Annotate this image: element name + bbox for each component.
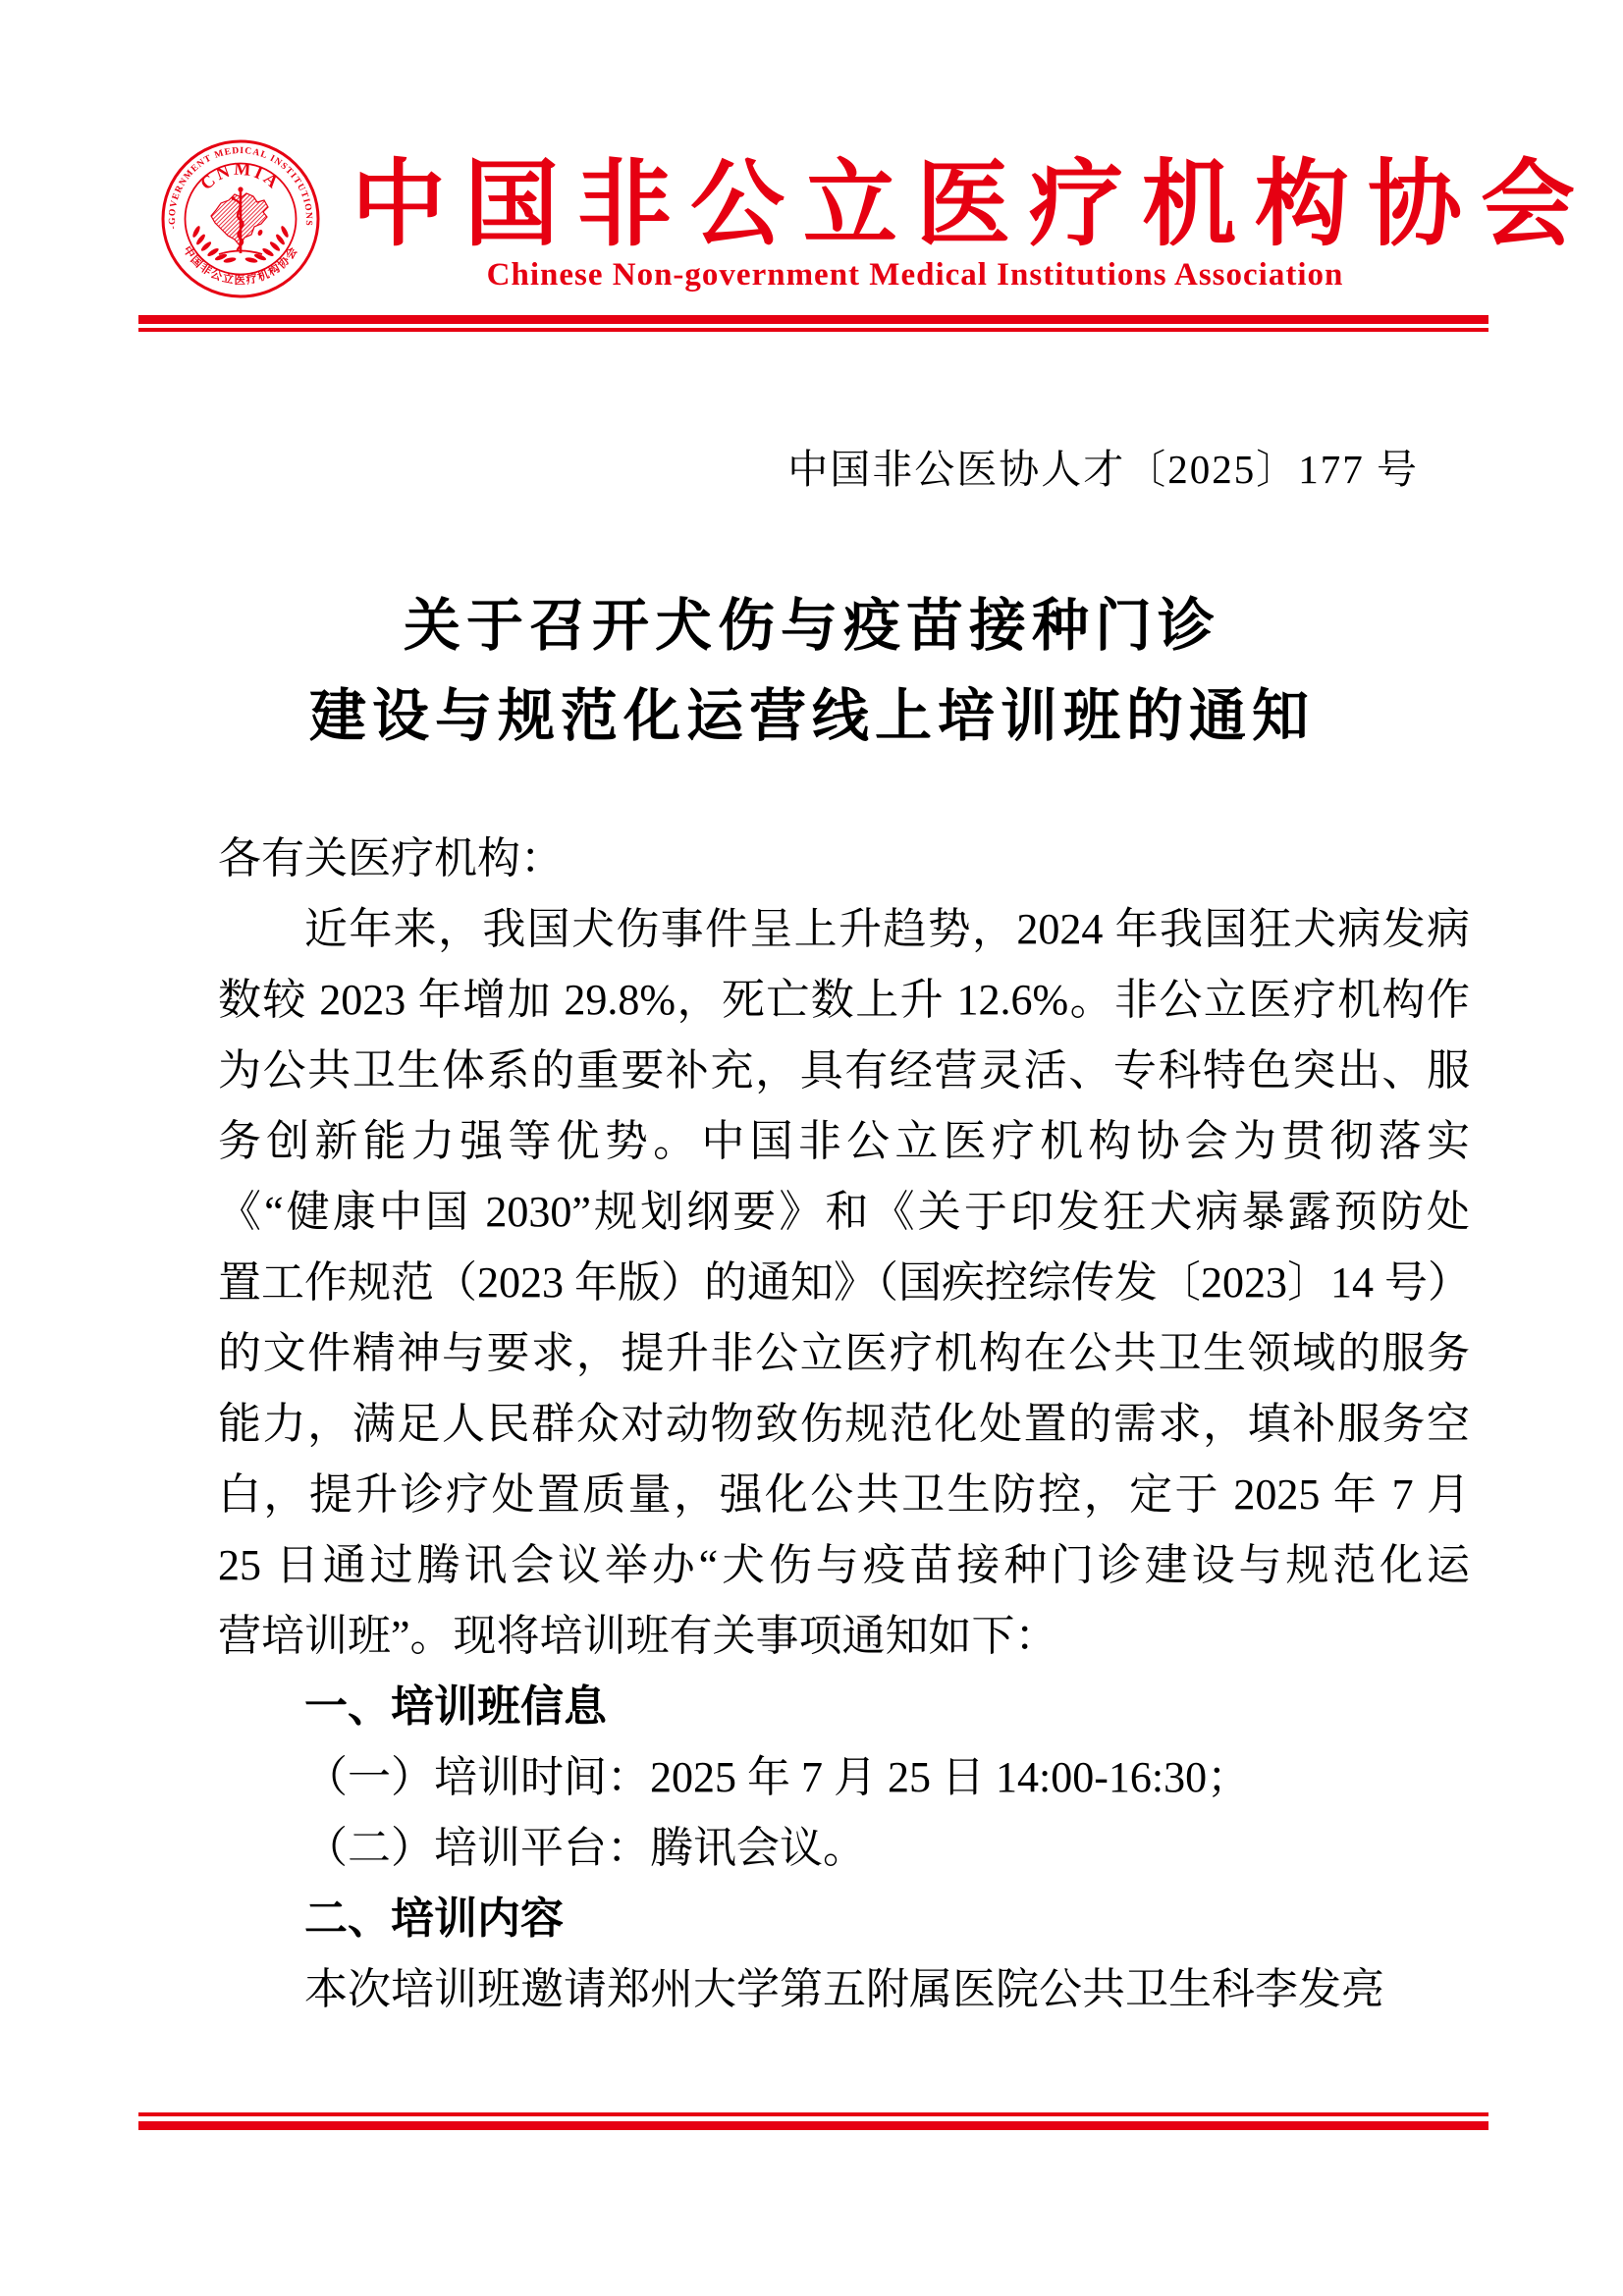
- org-name-cn: 中国非公立医疗机构协会: [352, 151, 1500, 259]
- org-name-en: Chinese Non-government Medical Instituti…: [346, 257, 1485, 294]
- body-line: 的文件精神与要求，提升非公立医疗机构在公共卫生领域的服务: [218, 1318, 1470, 1389]
- notice-title-line2: 建设与规范化运营线上培训班的通知: [159, 671, 1465, 762]
- notice-title-line1: 关于召开犬伤与疫苗接种门诊: [159, 581, 1465, 671]
- list-item-2: （二）培训平台：腾讯会议。: [218, 1813, 1470, 1884]
- body-line: 为公共卫生体系的重要补充，具有经营灵活、专科特色突出、服: [218, 1036, 1470, 1106]
- body-line: 能力，满足人民群众对动物致伤规范化处置的需求，填补服务空: [218, 1389, 1470, 1460]
- doc-number: 中国非公医协人才〔2025〕177 号: [218, 444, 1470, 495]
- header-rule-thin: [138, 328, 1488, 332]
- body-line: 数较 2023 年增加 29.8%，死亡数上升 12.6%。非公立医疗机构作: [218, 965, 1470, 1036]
- notice-body: 各有关医疗机构： 近年来，我国犬伤事件呈上升趋势，2024 年我国狂犬病发病 数…: [218, 824, 1470, 2025]
- notice-page: CHINESE NON-GOVERNMENT MEDICAL INSTITUTI…: [0, 0, 1623, 2296]
- body-line: 25 日通过腾讯会议举办“犬伤与疫苗接种门诊建设与规范化运: [218, 1530, 1470, 1601]
- cnmia-logo-icon: CHINESE NON-GOVERNMENT MEDICAL INSTITUTI…: [160, 138, 321, 299]
- footer-rule-thick: [138, 2121, 1488, 2130]
- body-line: 营培训班”。现将培训班有关事项通知如下：: [218, 1601, 1470, 1672]
- taiwan-dot: [257, 229, 264, 237]
- footer-rule-thin: [138, 2112, 1488, 2116]
- salutation: 各有关医疗机构：: [218, 824, 1470, 894]
- body-line: 本次培训班邀请郑州大学第五附属医院公共卫生科李发亮: [218, 1954, 1470, 2025]
- notice-title: 关于召开犬伤与疫苗接种门诊 建设与规范化运营线上培训班的通知: [159, 581, 1465, 762]
- list-item-1: （一）培训时间：2025 年 7 月 25 日 14:00-16:30；: [218, 1742, 1470, 1813]
- body-line: 务创新能力强等优势。中国非公立医疗机构协会为贯彻落实: [218, 1106, 1470, 1177]
- section-heading-1: 一、培训班信息: [218, 1672, 1470, 1742]
- body-line: 《“健康中国 2030”规划纲要》和《关于印发狂犬病暴露预防处: [218, 1177, 1470, 1248]
- header-rule-thick: [138, 315, 1488, 324]
- section-heading-2: 二、培训内容: [218, 1884, 1470, 1954]
- body-line: 白，提升诊疗处置质量，强化公共卫生防控，定于 2025 年 7 月: [218, 1460, 1470, 1530]
- body-line: 置工作规范（2023 年版）的通知》（国疾控综传发〔2023〕14 号）: [218, 1248, 1470, 1318]
- body-line: 近年来，我国犬伤事件呈上升趋势，2024 年我国狂犬病发病: [218, 894, 1470, 965]
